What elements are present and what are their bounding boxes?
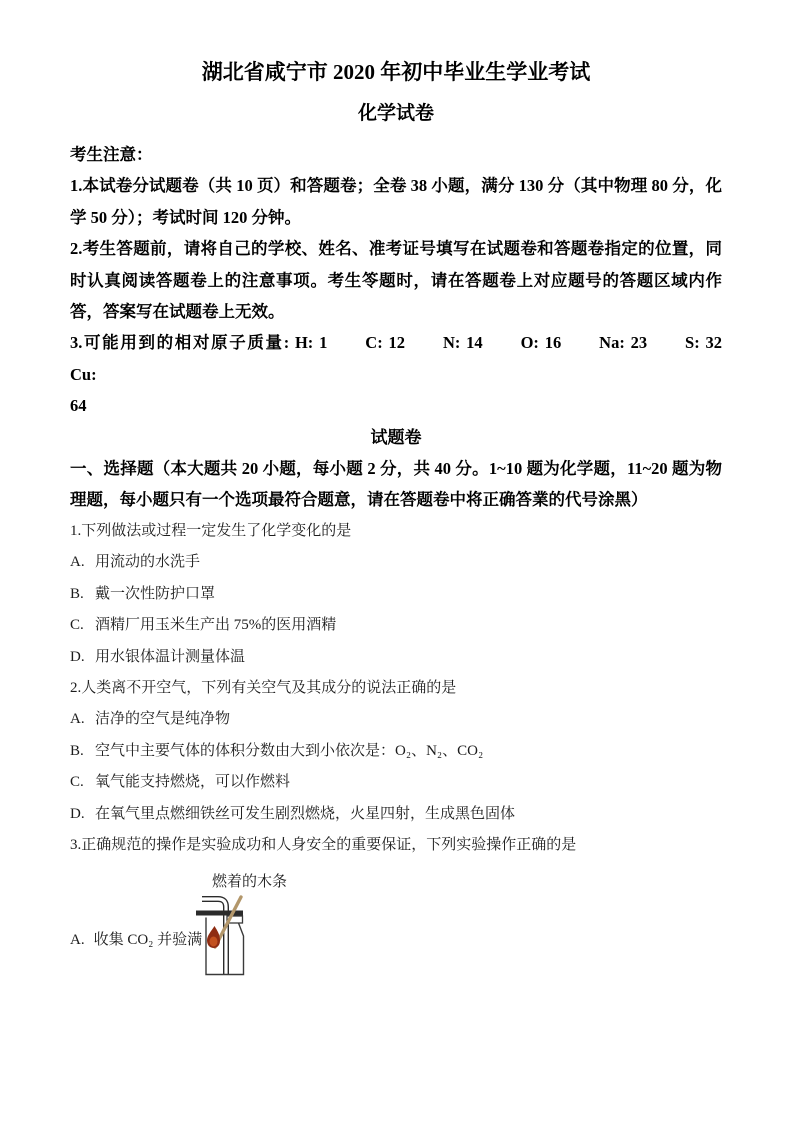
question-1: 1.下列做法或过程一定发生了化学变化的是 A.用流动的水洗手 B.戴一次性防护口…: [70, 516, 722, 673]
notice-atomic-masses-line2: 64: [70, 390, 722, 421]
option-label: A.: [70, 932, 85, 948]
option-text: 酒精厂用玉米生产出 75%的医用酒精: [95, 617, 336, 633]
notice-atomic-masses-line1: 3.可能用到的相对原子质量: H: 1 C: 12 N: 14 O: 16 Na…: [70, 327, 722, 390]
section1-header: 一、选择题（本大题共 20 小题，每小题 2 分，共 40 分。1~10 题为化…: [70, 453, 722, 516]
option-label: D.: [70, 642, 86, 673]
exam-paper-page: 湖北省咸宁市 2020 年初中毕业生学业考试 化学试卷 考生注意： 1.本试卷分…: [0, 0, 793, 1122]
question-1-stem: 1.下列做法或过程一定发生了化学变化的是: [70, 516, 722, 547]
notice-heading: 考生注意：: [70, 139, 722, 170]
question-3-stem: 3.正确规范的操作是实验成功和人身安全的重要保证，下列实验操作正确的是: [70, 830, 722, 861]
notice-item-1: 1.本试卷分试题卷（共 10 页）和答题卷；全卷 38 小题，满分 130 分（…: [70, 170, 722, 233]
option-label: A.: [70, 547, 86, 578]
option-text: 空气中主要气体的体积分数由大到小依次是：O₂、N₂、CO₂: [95, 743, 483, 759]
option-text: 戴一次性防护口罩: [95, 586, 215, 602]
option-text: 氧气能支持燃烧，可以作燃料: [95, 774, 290, 790]
question-1-option-b: B.戴一次性防护口罩: [70, 579, 722, 610]
question-3-figure: 燃着的木条 A.收集 CO₂ 并验满: [70, 861, 722, 999]
option-text: 收集 CO₂ 并验满: [94, 932, 203, 948]
option-text: 用水银体温计测量体温: [95, 649, 245, 665]
flame-core: [210, 937, 218, 947]
question-2-option-a: A.洁净的空气是纯净物: [70, 704, 722, 735]
option-label: C.: [70, 767, 86, 798]
page-subtitle: 化学试卷: [70, 101, 722, 127]
question-1-option-a: A.用流动的水洗手: [70, 547, 722, 578]
notice-item-2: 2.考生答题前，请将自己的学校、姓名、准考证号填写在试题卷和答题卷指定的位置，同…: [70, 233, 722, 327]
question-2-option-b: B.空气中主要气体的体积分数由大到小依次是：O₂、N₂、CO₂: [70, 736, 722, 767]
option-label: A.: [70, 704, 86, 735]
option-text: 洁净的空气是纯净物: [95, 711, 230, 727]
option-label: B.: [70, 579, 86, 610]
examinee-notice: 考生注意： 1.本试卷分试题卷（共 10 页）和答题卷；全卷 38 小题，满分 …: [70, 139, 722, 422]
question-2-option-c: C.氧气能支持燃烧，可以作燃料: [70, 767, 722, 798]
paper-heading: 试题卷: [70, 422, 722, 453]
question-2-option-d: D.在氧气里点燃细铁丝可发生剧烈燃烧，火星四射，生成黑色固体: [70, 799, 722, 830]
question-2: 2.人类离不开空气，下列有关空气及其成分的说法正确的是 A.洁净的空气是纯净物 …: [70, 673, 722, 830]
question-list: 1.下列做法或过程一定发生了化学变化的是 A.用流动的水洗手 B.戴一次性防护口…: [70, 516, 722, 999]
option-text: 在氧气里点燃细铁丝可发生剧烈燃烧，火星四射，生成黑色固体: [95, 806, 515, 822]
question-3-option-a: A.收集 CO₂ 并验满: [70, 930, 202, 950]
question-2-stem: 2.人类离不开空气，下列有关空气及其成分的说法正确的是: [70, 673, 722, 704]
option-label: D.: [70, 799, 86, 830]
question-1-option-c: C.酒精厂用玉米生产出 75%的医用酒精: [70, 610, 722, 641]
page-title: 湖北省咸宁市 2020 年初中毕业生学业考试: [70, 58, 722, 86]
question-3: 3.正确规范的操作是实验成功和人身安全的重要保证，下列实验操作正确的是 燃着的木…: [70, 830, 722, 999]
option-label: B.: [70, 736, 86, 767]
option-label: C.: [70, 610, 86, 641]
glass-plate: [196, 911, 243, 916]
question-1-option-d: D.用水银体温计测量体温: [70, 642, 722, 673]
option-text: 用流动的水洗手: [95, 554, 200, 570]
